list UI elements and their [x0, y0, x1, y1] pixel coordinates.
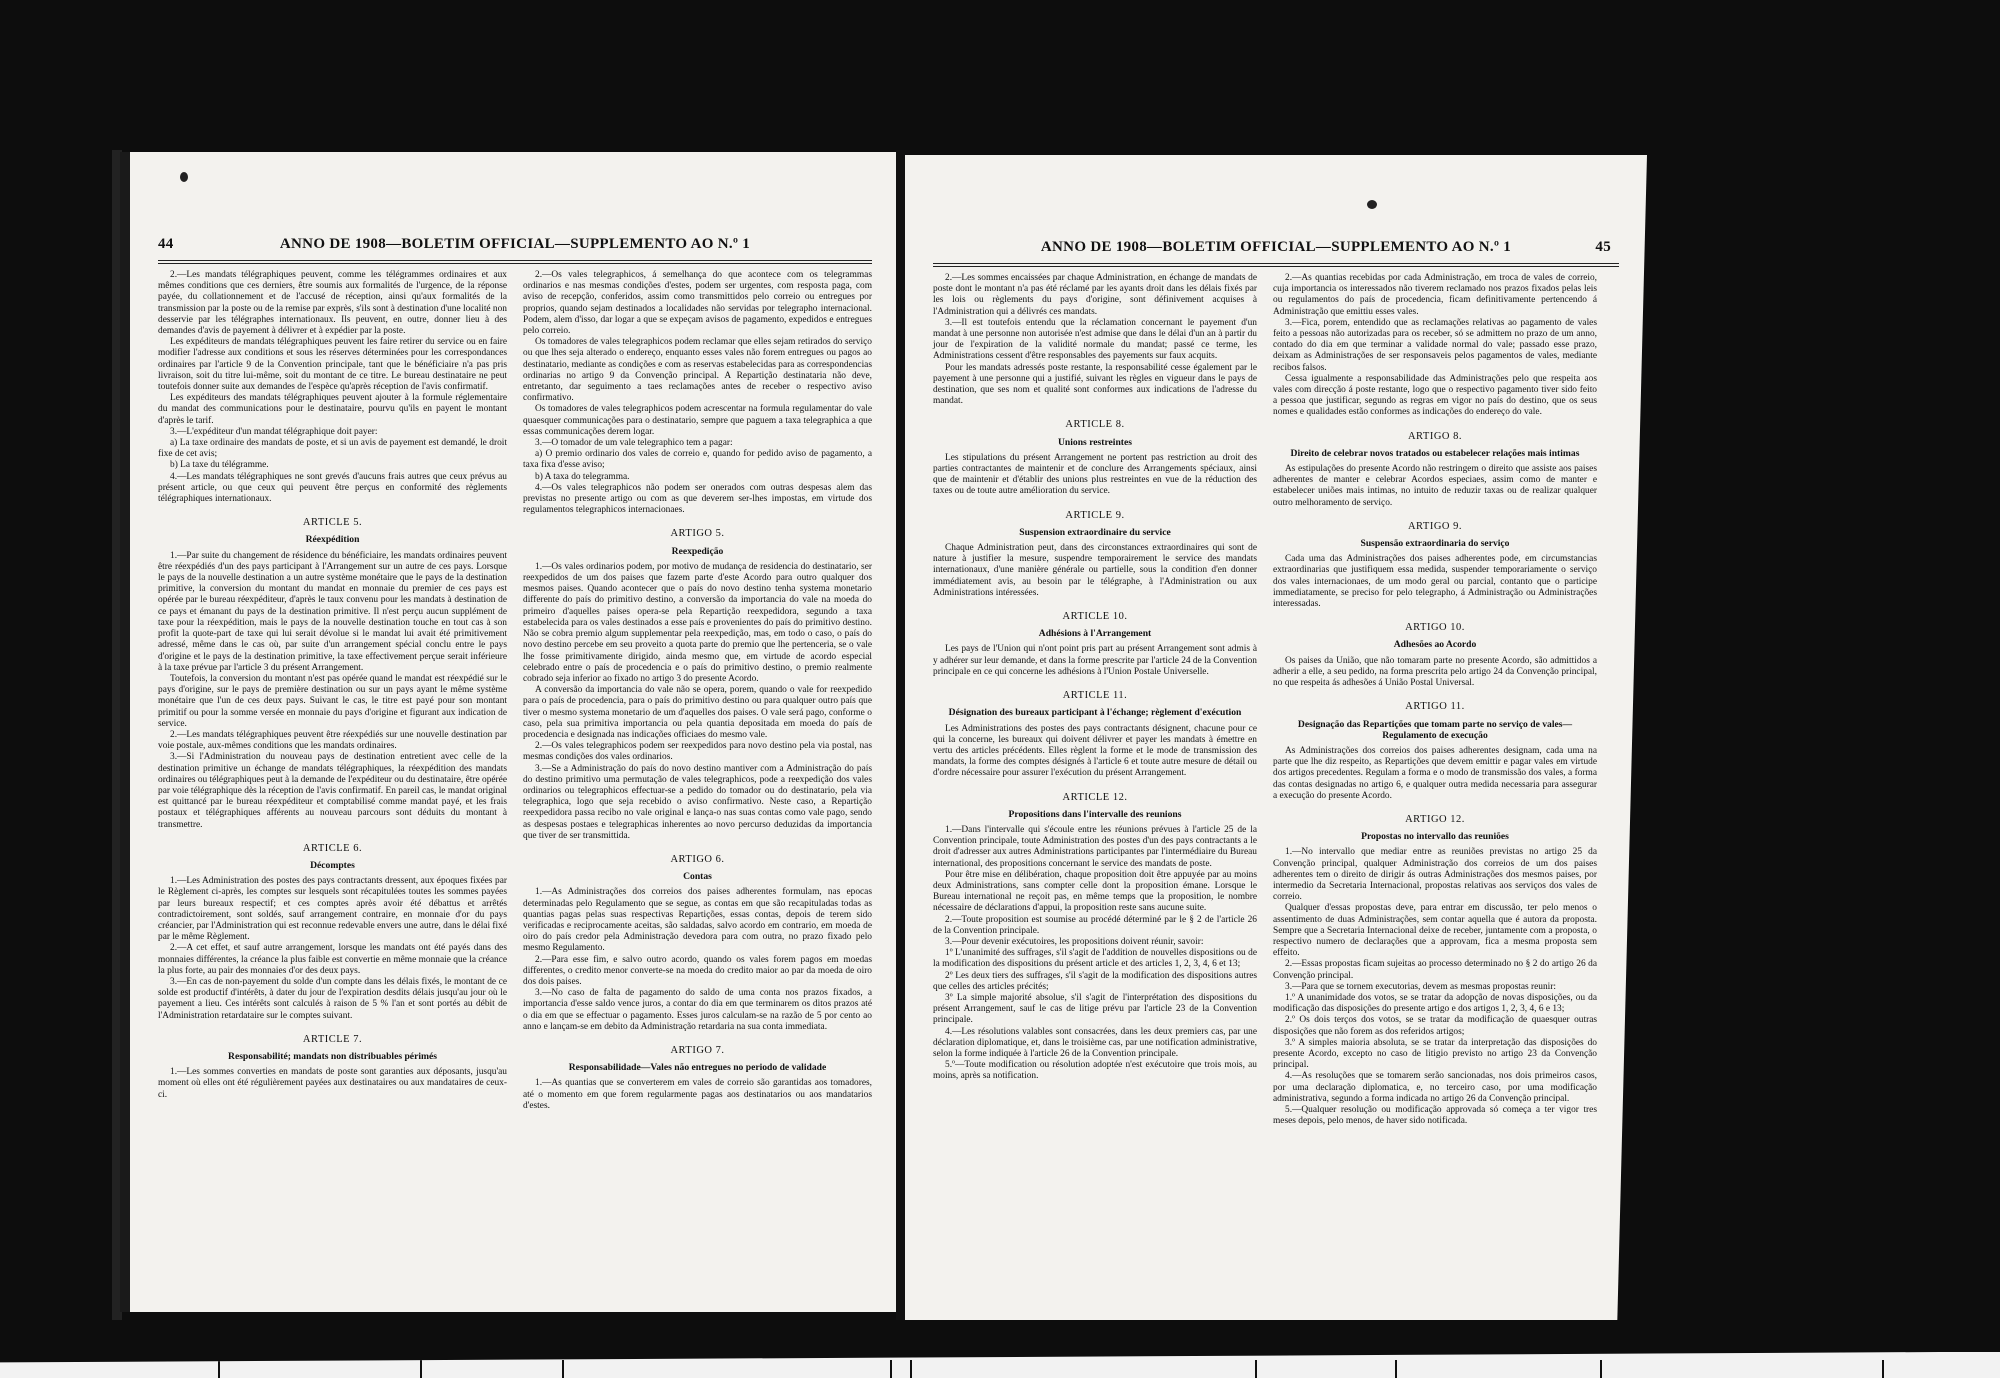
paragraph: 2.—Para esse fim, e salvo outro acordo, … — [523, 955, 872, 989]
paragraph: 3.—Para que se tornem executorias, devem… — [1273, 982, 1597, 993]
french-column: 2.—Les mandats télégraphiques peuvent, c… — [158, 270, 507, 1292]
paragraph: 2.—Os vales telegraphicos, á semelhança … — [523, 270, 872, 337]
article-heading: ARTIGO 10. — [1273, 622, 1597, 633]
paragraph: 2.—As quantias recebidas por cada Admini… — [1273, 273, 1597, 318]
paragraph: Toutefois, la conversion du montant n'es… — [158, 674, 507, 730]
article-subtitle: Propositions dans l'intervalle des reuni… — [933, 809, 1257, 820]
paragraph: Os paises da União, que não tomaram part… — [1273, 656, 1597, 690]
paragraph: Os tomadores de vales telegraphicos pode… — [523, 337, 872, 404]
right-page: ANNO DE 1908—BOLETIM OFFICIAL—SUPPLEMENT… — [905, 155, 1647, 1320]
paragraph: Os tomadores de vales telegraphicos pode… — [523, 404, 872, 438]
paragraph: 1.—Par suite du changement de résidence … — [158, 551, 507, 674]
article-heading: ARTIGO 5. — [523, 528, 872, 539]
paragraph: b) A taxa do telegramma. — [523, 472, 872, 483]
paragraph: 4.—Les résolutions valables sont consacr… — [933, 1027, 1257, 1061]
paragraph: 3.—No caso de falta de pagamento do sald… — [523, 988, 872, 1033]
paragraph: 4.—As resoluções que se tomarem serão sa… — [1273, 1071, 1597, 1105]
article-heading: ARTIGO 7. — [523, 1045, 872, 1056]
article-heading: ARTIGO 11. — [1273, 701, 1597, 712]
french-column: 2.—Les sommes encaissées par chaque Admi… — [933, 273, 1257, 1300]
page-header: ANNO DE 1908—BOLETIM OFFICIAL—SUPPLEMENT… — [933, 239, 1619, 267]
paragraph: a) O premio ordinario dos vales de corre… — [523, 449, 872, 471]
paragraph: As estipulações do presente Acordo não r… — [1273, 464, 1597, 509]
paragraph: b) La taxe du télégramme. — [158, 460, 507, 471]
article-subtitle: Contas — [523, 871, 872, 882]
paragraph: 1º L'unanimité des suffrages, s'il s'agi… — [933, 948, 1257, 970]
paragraph: 3.—Pour devenir exécutoires, les proposi… — [933, 937, 1257, 948]
article-subtitle: Adhesões ao Acordo — [1273, 639, 1597, 650]
paragraph: 2.—Les sommes encaissées par chaque Admi… — [933, 273, 1257, 318]
paragraph: 1.—Les Administration des postes des pay… — [158, 876, 507, 943]
paragraph: 1.—As quantias que se converterem em val… — [523, 1078, 872, 1112]
paragraph: 2º Les deux tiers des suffrages, s'il s'… — [933, 971, 1257, 993]
ink-spot — [180, 172, 188, 182]
article-subtitle: Désignation des bureaux participant à l'… — [933, 707, 1257, 718]
article-heading: ARTICLE 7. — [158, 1034, 507, 1045]
paragraph: 3.—En cas de non-payement du solde d'un … — [158, 977, 507, 1022]
paragraph: 3.—Il est toutefois entendu que la récla… — [933, 318, 1257, 363]
paragraph: 5.—Qualquer resolução ou modificação app… — [1273, 1105, 1597, 1127]
paragraph: 1.º A unanimidade dos votos, se se trata… — [1273, 993, 1597, 1015]
article-subtitle: Réexpédition — [158, 534, 507, 545]
paragraph: 4.—Les mandats télégraphiques ne sont gr… — [158, 472, 507, 506]
paragraph: 3.º A simples maioria absoluta, se se tr… — [1273, 1038, 1597, 1072]
paragraph: 2.—Les mandats télégraphiques peuvent, c… — [158, 270, 507, 337]
paragraph: 3.—L'expéditeur d'un mandat télégraphiqu… — [158, 427, 507, 438]
paragraph: 2.º Os dois terços dos votos, se se trat… — [1273, 1015, 1597, 1037]
page-header-title: ANNO DE 1908—BOLETIM OFFICIAL—SUPPLEMENT… — [933, 239, 1619, 256]
paragraph: 2.—Essas propostas ficam sujeitas ao pro… — [1273, 959, 1597, 981]
paragraph: Qualquer d'essas propostas deve, para en… — [1273, 903, 1597, 959]
paragraph: 4.—Os vales telegraphicos não podem ser … — [523, 483, 872, 517]
paragraph: 1.—Dans l'intervalle qui s'écoule entre … — [933, 825, 1257, 870]
paragraph: 2.—A cet effet, et sauf autre arrangemen… — [158, 943, 507, 977]
article-subtitle: Suspensão extraordinaria do serviço — [1273, 538, 1597, 549]
paragraph: Cessa igualmente a responsabilidade das … — [1273, 374, 1597, 419]
article-heading: ARTICLE 8. — [933, 419, 1257, 430]
article-heading: ARTICLE 11. — [933, 690, 1257, 701]
paragraph: Cada uma das Administrações dos paises a… — [1273, 554, 1597, 610]
left-page: 44 ANNO DE 1908—BOLETIM OFFICIAL—SUPPLEM… — [120, 152, 900, 1312]
paragraph: Les stipulations du présent Arrangement … — [933, 453, 1257, 498]
article-heading: ARTICLE 10. — [933, 611, 1257, 622]
paragraph: Pour être mise en délibération, chaque p… — [933, 870, 1257, 915]
paragraph: 3º La simple majorité absolue, s'il s'ag… — [933, 993, 1257, 1027]
article-heading: ARTICLE 5. — [158, 517, 507, 528]
paragraph: Pour les mandats adressés poste restante… — [933, 363, 1257, 408]
article-heading: ARTIGO 9. — [1273, 521, 1597, 532]
article-heading: ARTICLE 12. — [933, 792, 1257, 803]
article-subtitle: Reexpedição — [523, 546, 872, 557]
article-heading: ARTICLE 6. — [158, 843, 507, 854]
article-heading: ARTIGO 6. — [523, 854, 872, 865]
page-number: 45 — [1595, 239, 1611, 256]
article-subtitle: Responsabilidade—Vales não entregues no … — [523, 1062, 872, 1073]
page-header-title: ANNO DE 1908—BOLETIM OFFICIAL—SUPPLEMENT… — [158, 236, 872, 253]
article-subtitle: Suspension extraordinaire du service — [933, 527, 1257, 538]
article-subtitle: Décomptes — [158, 860, 507, 871]
article-subtitle: Propostas no intervallo das reuniões — [1273, 831, 1597, 842]
article-heading: ARTIGO 12. — [1273, 814, 1597, 825]
scan-ruler-strip — [0, 1352, 2000, 1378]
portuguese-column: 2.—As quantias recebidas por cada Admini… — [1273, 273, 1597, 1300]
page-header: 44 ANNO DE 1908—BOLETIM OFFICIAL—SUPPLEM… — [158, 236, 872, 264]
paragraph: 3.—Si l'Administration du nouveau pays d… — [158, 752, 507, 830]
article-subtitle: Direito de celebrar novos tratados ou es… — [1273, 448, 1597, 459]
article-subtitle: Responsabilité; mandats non distribuable… — [158, 1051, 507, 1062]
paragraph: 3.—Se a Administração do país do novo de… — [523, 764, 872, 842]
article-heading: ARTICLE 9. — [933, 510, 1257, 521]
paragraph: A conversão da importancia do vale não s… — [523, 685, 872, 741]
article-subtitle: Unions restreintes — [933, 437, 1257, 448]
paragraph: 1.—Os vales ordinarios podem, por motivo… — [523, 562, 872, 685]
paragraph: 5.º—Toute modification ou résolution ado… — [933, 1060, 1257, 1082]
paragraph: 1.—Les sommes converties en mandats de p… — [158, 1067, 507, 1101]
paragraph: Les Administrations des postes des pays … — [933, 724, 1257, 780]
paragraph: Chaque Administration peut, dans des cir… — [933, 543, 1257, 599]
paragraph: 2.—Os vales telegraphicos podem ser reex… — [523, 741, 872, 763]
paragraph: 1.—As Administrações dos correios dos pa… — [523, 887, 872, 954]
paragraph: 3.—Fica, porem, entendido que as reclama… — [1273, 318, 1597, 374]
paragraph: 2.—Les mandats télégraphiques peuvent êt… — [158, 730, 507, 752]
paragraph: a) La taxe ordinaire des mandats de post… — [158, 438, 507, 460]
paragraph: As Administrações dos correios dos paise… — [1273, 746, 1597, 802]
ink-spot — [1367, 200, 1377, 209]
paragraph: Les expéditeurs des mandats télégraphiqu… — [158, 393, 507, 427]
article-subtitle: Designação das Repartições que tomam par… — [1273, 719, 1597, 741]
paragraph: 3.—O tomador de um vale telegraphico tem… — [523, 438, 872, 449]
paragraph: Les expéditeurs de mandats télégraphique… — [158, 337, 507, 393]
paragraph: 2.—Toute proposition est soumise au proc… — [933, 915, 1257, 937]
paragraph: Les pays de l'Union qui n'ont point pris… — [933, 644, 1257, 678]
portuguese-column: 2.—Os vales telegraphicos, á semelhança … — [523, 270, 872, 1292]
paragraph: 1.—No intervallo que mediar entre as reu… — [1273, 847, 1597, 903]
article-heading: ARTIGO 8. — [1273, 431, 1597, 442]
article-subtitle: Adhésions à l'Arrangement — [933, 628, 1257, 639]
